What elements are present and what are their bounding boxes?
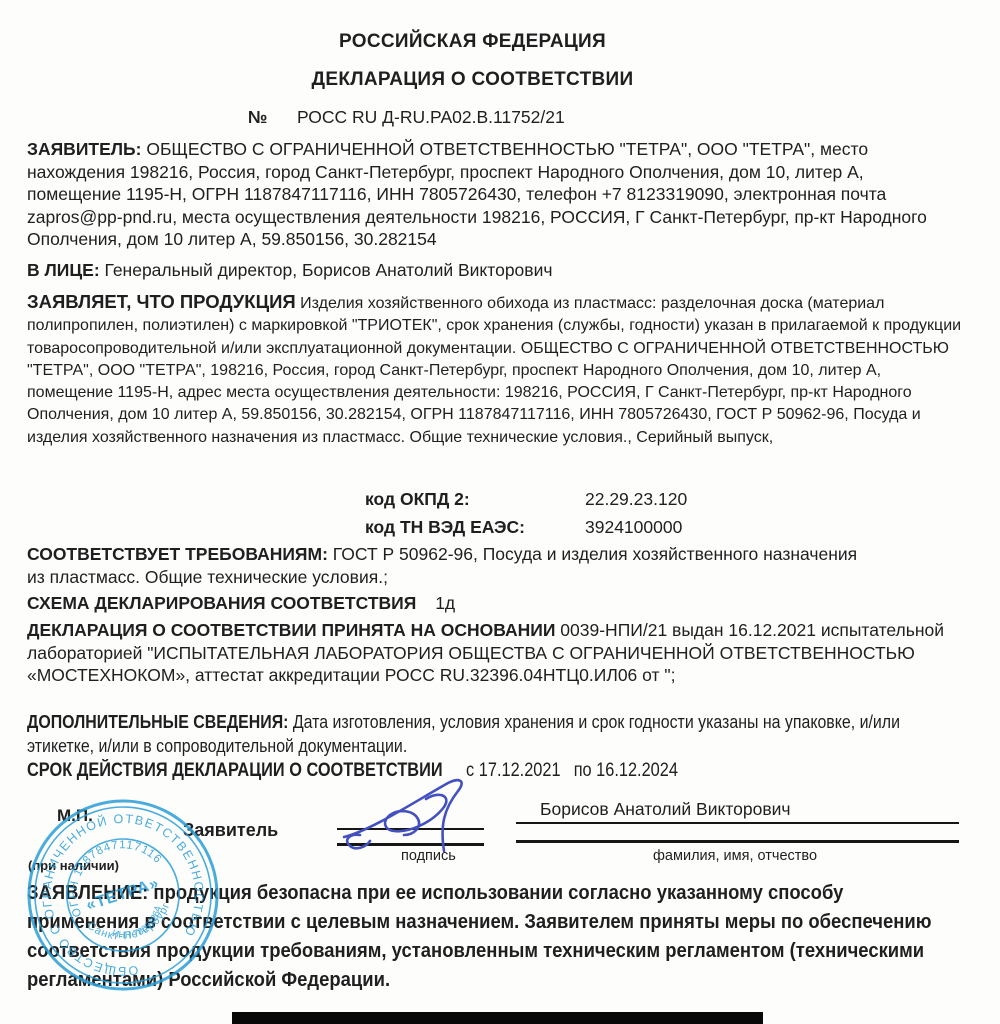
additional-label: ДОПОЛНИТЕЛЬНЫЕ СВЕДЕНИЯ: <box>27 711 288 732</box>
scheme-section: СХЕМА ДЕКЛАРИРОВАНИЯ СООТВЕТСТВИЯ 1д <box>27 592 945 615</box>
validity-to: по 16.12.2024 <box>574 760 678 781</box>
requirements-section: СООТВЕТСТВУЕТ ТРЕБОВАНИЯМ: ГОСТ Р 50962-… <box>27 543 879 588</box>
applicant-section: ЗАЯВИТЕЛЬ: ОБЩЕСТВО С ОГРАНИЧЕННОЙ ОТВЕТ… <box>27 138 945 251</box>
title-country: РОССИЙСКАЯ ФЕДЕРАЦИЯ <box>0 31 945 53</box>
name-caption: фамилия, имя, отчество <box>653 848 817 864</box>
scheme-value: 1д <box>435 593 455 613</box>
applicant-label: ЗАЯВИТЕЛЬ: <box>27 139 141 159</box>
requirements-label: СООТВЕТСТВУЕТ ТРЕБОВАНИЯМ: <box>27 544 328 564</box>
person-text: Генеральный директор, Борисов Анатолий В… <box>105 260 553 280</box>
product-text: Изделия хозяйственного обихода из пластм… <box>27 295 961 446</box>
scheme-label: СХЕМА ДЕКЛАРИРОВАНИЯ СООТВЕТСТВИЯ <box>27 593 416 613</box>
title-doc-type: ДЕКЛАРАЦИЯ О СООТВЕТСТВИИ <box>0 69 945 91</box>
tnved-value: 3924100000 <box>585 517 682 538</box>
declaration-document: РОССИЙСКАЯ ФЕДЕРАЦИЯ ДЕКЛАРАЦИЯ О СООТВЕ… <box>0 0 1000 1024</box>
product-label: ЗАЯВЛЯЕТ, ЧТО ПРОДУКЦИЯ <box>27 291 296 312</box>
person-section: В ЛИЦЕ: Генеральный директор, Борисов Ан… <box>27 259 945 282</box>
applicant-text: ОБЩЕСТВО С ОГРАНИЧЕННОЙ ОТВЕТСТВЕННОСТЬЮ… <box>27 139 927 249</box>
handwritten-signature <box>330 775 500 860</box>
scan-artifact-bar <box>232 1012 763 1024</box>
basis-section: ДЕКЛАРАЦИЯ О СООТВЕТСТВИИ ПРИНЯТА НА ОСН… <box>27 619 957 687</box>
okpd-value: 22.29.23.120 <box>585 489 687 510</box>
signatory-name: Борисов Анатолий Викторович <box>540 799 791 820</box>
stamp-center-text: «ТЕТРА» <box>84 875 161 915</box>
okpd-label: код ОКПД 2: <box>365 489 470 510</box>
product-section: ЗАЯВЛЯЕТ, ЧТО ПРОДУКЦИЯ Изделия хозяйств… <box>27 291 971 449</box>
additional-section: ДОПОЛНИТЕЛЬНЫЕ СВЕДЕНИЯ: Дата изготовлен… <box>27 710 964 757</box>
doc-number-label: № <box>248 107 268 128</box>
doc-number-value: РОСС RU Д-RU.РА02.В.11752/21 <box>297 107 565 128</box>
basis-label: ДЕКЛАРАЦИЯ О СООТВЕТСТВИИ ПРИНЯТА НА ОСН… <box>27 620 555 640</box>
name-line-1 <box>516 822 959 824</box>
name-line-2 <box>516 840 959 843</box>
person-label: В ЛИЦЕ: <box>27 260 100 280</box>
tnved-label: код ТН ВЭД ЕАЭС: <box>365 517 525 538</box>
